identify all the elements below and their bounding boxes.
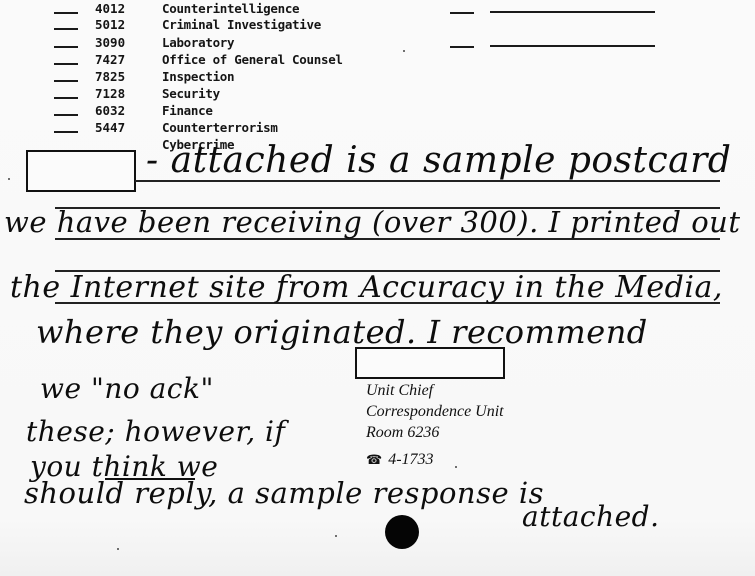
extension-number: 5447	[95, 119, 125, 136]
checkbox-blank-line	[54, 63, 78, 65]
division-name: Security	[162, 85, 220, 102]
checkbox-blank-line	[54, 80, 78, 82]
routing-row: 4012 Counterintelligence	[0, 0, 420, 17]
routing-row: 3090 Laboratory	[0, 34, 420, 51]
speck	[403, 50, 405, 52]
extension-number: 5012	[95, 16, 125, 33]
division-name: Finance	[162, 102, 213, 119]
extension-number: 7427	[95, 51, 125, 68]
telephone-icon: ☎	[366, 452, 382, 467]
redacted-name-box	[26, 150, 136, 192]
checkbox-blank-line	[54, 114, 78, 116]
signature-block: Unit Chief Correspondence Unit Room 6236…	[366, 380, 504, 470]
checkbox-blank-line	[54, 97, 78, 99]
division-name: Counterintelligence	[162, 0, 299, 17]
checkbox-blank-line	[54, 28, 78, 30]
handwritten-line: we "no ack"	[40, 372, 214, 405]
extension-number: 7128	[95, 85, 125, 102]
phone-extension: 4-1733	[388, 451, 433, 468]
division-name: Office of General Counsel	[162, 51, 343, 68]
handwritten-line: we have been receiving (over 300). I pri…	[4, 205, 740, 239]
division-name: Laboratory	[162, 34, 234, 51]
extension-number: 3090	[95, 34, 125, 51]
handwritten-line: - attached is a sample postcard	[146, 140, 731, 181]
routing-row: 7427 Office of General Counsel	[0, 51, 420, 68]
signer-phone: ☎4-1733	[366, 449, 504, 470]
division-name: Criminal Investigative	[162, 16, 321, 33]
extension-number: 4012	[95, 0, 125, 17]
handwritten-line: should reply, a sample response is	[24, 476, 544, 510]
routing-row: 7825 Inspection	[0, 68, 420, 85]
punch-hole	[385, 515, 419, 549]
speck	[117, 548, 119, 550]
routing-row: 6032 Finance	[0, 102, 420, 119]
document-page: 4012 Counterintelligence 5012 Criminal I…	[0, 0, 755, 576]
handwritten-line: attached.	[522, 500, 660, 533]
division-name: Inspection	[162, 68, 234, 85]
checkbox-blank-line	[54, 46, 78, 48]
speck	[455, 466, 457, 468]
checkbox-blank-line	[54, 131, 78, 133]
blank-line	[490, 11, 655, 13]
routing-row: 5447 Counterterrorism	[0, 119, 420, 136]
handwritten-line: where they originated. I recommend	[36, 313, 648, 351]
division-name: Counterterrorism	[162, 119, 278, 136]
signer-title: Unit Chief	[366, 380, 504, 401]
blank-line	[490, 45, 655, 47]
routing-row: 5012 Criminal Investigative	[0, 16, 420, 33]
signer-unit: Correspondence Unit	[366, 401, 504, 422]
checkbox-blank-line	[54, 12, 78, 14]
routing-row: 7128 Security	[0, 85, 420, 102]
extension-number: 6032	[95, 102, 125, 119]
blank-line	[450, 12, 474, 14]
speck	[335, 535, 337, 537]
handwritten-line: these; however, if	[26, 415, 285, 448]
extension-number: 7825	[95, 68, 125, 85]
blank-line	[450, 46, 474, 48]
signer-room: Room 6236	[366, 422, 504, 443]
speck	[8, 178, 10, 180]
redacted-signer-box	[355, 347, 505, 379]
handwritten-line: the Internet site from Accuracy in the M…	[10, 270, 723, 305]
